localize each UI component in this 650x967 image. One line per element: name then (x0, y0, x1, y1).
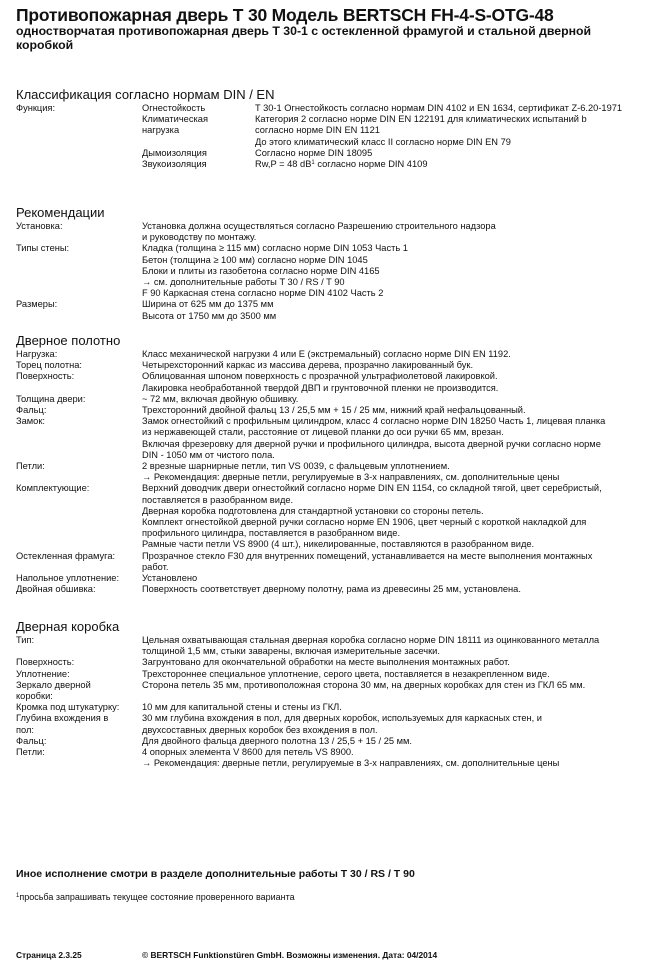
footnote-text: просьба запрашивать текущее состояние пр… (19, 892, 294, 902)
row-value: 30 мм глубина вхождения в пол, для дверн… (142, 713, 646, 735)
row-label: Торец полотна: (16, 360, 142, 371)
row-label: Установка: (16, 221, 142, 243)
classification-items: ОгнестойкостьT 30-1 Огнестойкость соглас… (142, 103, 646, 170)
row-value: Для двойного фальца дверного полотна 13 … (142, 736, 646, 747)
spec-row: Толщина двери:~ 72 мм, включая двойную о… (16, 394, 646, 405)
row-value: Класс механической нагрузки 4 или E (экс… (142, 349, 646, 360)
spec-row: Тип:Цельная охватывающая стальная дверна… (16, 635, 646, 657)
section-recommendations: Рекомендации Установка:Установка должна … (16, 206, 646, 322)
classification-value: Категория 2 согласно норме DIN EN 122191… (255, 114, 646, 148)
classification-category: Климатическаянагрузка (142, 114, 255, 148)
row-value: 10 мм для капитальной стены и стены из Г… (142, 702, 646, 713)
row-value: Поверхность соответствует дверному полот… (142, 584, 646, 595)
row-label: Тип: (16, 635, 142, 657)
section-classification: Классификация согласно нормам DIN / EN Ф… (16, 88, 646, 170)
row-value: Четырехсторонний каркас из массива дерев… (142, 360, 646, 371)
section-door-leaf: Дверное полотно Нагрузка:Класс механичес… (16, 334, 646, 595)
classification-category: Огнестойкость (142, 103, 255, 114)
copyright: © BERTSCH Funktionstüren GmbH. Возможны … (142, 950, 437, 960)
row-value: 2 врезные шарнирные петли, тип VS 0039, … (142, 461, 646, 483)
row-value: Прозрачное стекло F30 для внутренних пом… (142, 551, 646, 573)
spec-row: Фальц:Трехсторонний двойной фальц 13 / 2… (16, 405, 646, 416)
row-label: Нагрузка: (16, 349, 142, 360)
section-door-frame: Дверная коробка Тип:Цельная охватывающая… (16, 620, 646, 769)
footnote: 1просьба запрашивать текущее состояние п… (16, 892, 295, 902)
spec-row: Поверхность:Загрунтовано для окончательн… (16, 657, 646, 668)
spec-row: Торец полотна:Четырехсторонний каркас из… (16, 360, 646, 371)
spec-row: Остекленная фрамуга:Прозрачное стекло F3… (16, 551, 646, 573)
spec-row: Глубина вхождения впол:30 мм глубина вхо… (16, 713, 646, 735)
section-heading: Рекомендации (16, 206, 646, 220)
row-value: 4 опорных элемента V 8600 для петель VS … (142, 747, 646, 769)
row-value: Трехсторонний двойной фальц 13 / 25,5 мм… (142, 405, 646, 416)
row-value: Облицованная шпоном поверхность с прозра… (142, 371, 646, 393)
spec-row: Нагрузка:Класс механической нагрузки 4 и… (16, 349, 646, 360)
footnote-ref: 1 (311, 160, 314, 166)
spec-row: Зеркало двернойкоробки:Сторона петель 35… (16, 680, 646, 702)
row-value: Кладка (толщина ≥ 115 мм) согласно норме… (142, 243, 646, 299)
row-value: Загрунтовано для окончательной обработки… (142, 657, 646, 668)
classification-row: КлиматическаянагрузкаКатегория 2 согласн… (142, 114, 646, 148)
row-label: Глубина вхождения впол: (16, 713, 142, 735)
spec-row: Поверхность:Облицованная шпоном поверхно… (16, 371, 646, 393)
classification-value: Rw,P = 48 dB1 согласно норме DIN 4109 (255, 159, 646, 170)
classification-category: Дымоизоляция (142, 148, 255, 159)
classification-row: ДымоизоляцияСогласно норме DIN 18095 (142, 148, 646, 159)
spec-row: Установка:Установка должна осуществлятьс… (16, 221, 646, 243)
classification-category: Звукоизоляция (142, 159, 255, 170)
row-value: Верхний доводчик двери огнестойкий согла… (142, 483, 646, 550)
row-value: Цельная охватывающая стальная дверная ко… (142, 635, 646, 657)
spec-row: Петли:2 врезные шарнирные петли, тип VS … (16, 461, 646, 483)
document-subtitle: одностворчатая противопожарная дверь T 3… (16, 24, 626, 52)
row-label: Остекленная фрамуга: (16, 551, 142, 573)
spec-row: Уплотнение:Трехстороннее специальное упл… (16, 669, 646, 680)
spec-row: Комплектующие:Верхний доводчик двери огн… (16, 483, 646, 550)
row-label: Размеры: (16, 299, 142, 321)
row-value: Установлено (142, 573, 646, 584)
spec-row: Замок:Замок огнестойкий с профильным цил… (16, 416, 646, 461)
document-title: Противопожарная дверь T 30 Модель BERTSC… (16, 5, 554, 26)
row-label: Двойная обшивка: (16, 584, 142, 595)
classification-row: ОгнестойкостьT 30-1 Огнестойкость соглас… (142, 103, 646, 114)
spec-row: Напольное уплотнение:Установлено (16, 573, 646, 584)
spec-row: Типы стены:Кладка (толщина ≥ 115 мм) сог… (16, 243, 646, 299)
row-label: Кромка под штукатурку: (16, 702, 142, 713)
row-value: Замок огнестойкий с профильным цилиндром… (142, 416, 646, 461)
section-heading: Дверное полотно (16, 334, 646, 348)
row-label: Напольное уплотнение: (16, 573, 142, 584)
row-label: Поверхность: (16, 371, 142, 393)
row-label: Петли: (16, 461, 142, 483)
other-design-note: Иное исполнение смотри в разделе дополни… (16, 868, 415, 880)
row-value: Трехстороннее специальное уплотнение, се… (142, 669, 646, 680)
classification-value: T 30-1 Огнестойкость согласно нормам DIN… (255, 103, 646, 114)
section-heading: Классификация согласно нормам DIN / EN (16, 88, 646, 102)
row-label: Фальц: (16, 405, 142, 416)
row-label: Уплотнение: (16, 669, 142, 680)
section-heading: Дверная коробка (16, 620, 646, 634)
row-label: Функция: (16, 103, 142, 170)
row-label: Петли: (16, 747, 142, 769)
row-label: Поверхность: (16, 657, 142, 668)
spec-row: Кромка под штукатурку:10 мм для капиталь… (16, 702, 646, 713)
spec-row: Двойная обшивка:Поверхность соответствуе… (16, 584, 646, 595)
row-label: Комплектующие: (16, 483, 142, 550)
page-number: Страница 2.3.25 (16, 950, 82, 960)
classification-table: Функция: ОгнестойкостьT 30-1 Огнестойкос… (16, 103, 646, 170)
row-label: Замок: (16, 416, 142, 461)
row-value: Сторона петель 35 мм, противоположная ст… (142, 680, 646, 702)
row-value: Установка должна осуществляться согласно… (142, 221, 646, 243)
classification-row: ЗвукоизоляцияRw,P = 48 dB1 согласно норм… (142, 159, 646, 170)
row-value: Ширина от 625 мм до 1375 ммВысота от 175… (142, 299, 646, 321)
row-label: Типы стены: (16, 243, 142, 299)
spec-row: Фальц:Для двойного фальца дверного полот… (16, 736, 646, 747)
row-label: Фальц: (16, 736, 142, 747)
row-value: ~ 72 мм, включая двойную обшивку. (142, 394, 646, 405)
classification-value: Согласно норме DIN 18095 (255, 148, 646, 159)
row-label: Зеркало двернойкоробки: (16, 680, 142, 702)
spec-row: Петли:4 опорных элемента V 8600 для пете… (16, 747, 646, 769)
spec-row: Размеры:Ширина от 625 мм до 1375 ммВысот… (16, 299, 646, 321)
row-label: Толщина двери: (16, 394, 142, 405)
